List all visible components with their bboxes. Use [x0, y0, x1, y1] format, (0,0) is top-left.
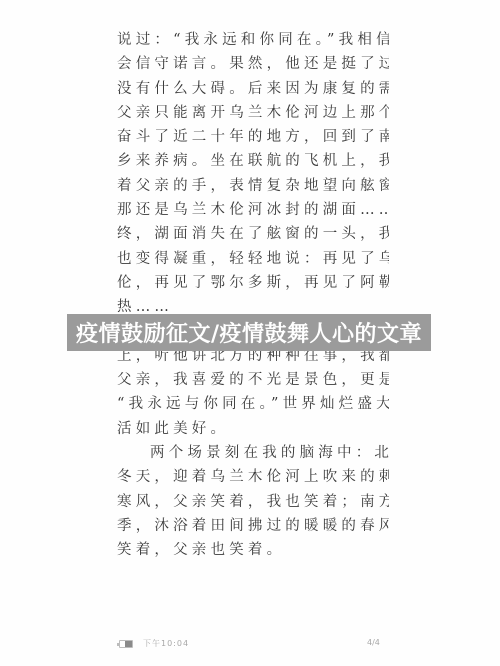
document-page: 说过：“我永远和你同在。”我相信父亲 会信守诺言。果然，他还是挺了过来， 没有什…	[0, 0, 500, 666]
paragraph-start-line: 两个场景刻在我的脑海中：北方的	[117, 441, 389, 465]
text-line: 冬天，迎着乌兰木伦河上吹来的刺骨的	[117, 465, 389, 489]
text-line: 那还是乌兰木伦河冰封的湖面……最	[117, 198, 389, 222]
text-line: 终，湖面消失在了舷窗的一头，我表情	[117, 222, 389, 246]
clock-time: 下午10:04	[143, 638, 189, 649]
text-line: 寒风，父亲笑着，我也笑着；南方的春	[117, 490, 389, 514]
text-line: 奋斗了近二十年的地方，回到了南方故	[117, 125, 389, 149]
text-line: 乡来养病。坐在联航的飞机上，我紧握	[117, 149, 389, 173]
text-line: 说过：“我永远和你同在。”我相信父亲	[117, 28, 389, 52]
text-line: 活如此美好。	[117, 417, 389, 441]
text-line: “我永远与你同在。”世界灿烂盛大，生	[117, 392, 389, 416]
text-line: 伦，再见了鄂尔多斯，再见了阿勒腾席	[117, 271, 389, 295]
text-line: 季，沐浴着田间拂过的暖暖的春风，我	[117, 514, 389, 538]
text-line: 也变得凝重，轻轻地说：再见了乌兰木	[117, 247, 389, 271]
text-line: 会信守诺言。果然，他还是挺了过来，	[117, 52, 389, 76]
page-indicator: 4/4	[367, 638, 380, 647]
text-line: 父亲只能离开乌兰木伦河边上那个他	[117, 101, 389, 125]
status-bar: 下午10:04 4/4	[0, 636, 500, 654]
article-body: 说过：“我永远和你同在。”我相信父亲 会信守诺言。果然，他还是挺了过来， 没有什…	[117, 28, 389, 563]
text-line: 没有什么大碍。后来因为康复的需要，	[117, 77, 389, 101]
banner-title: 疫情鼓励征文/疫情鼓舞人心的文章	[76, 317, 422, 348]
text-line: 着父亲的手，表情复杂地望向舷窗外，	[117, 174, 389, 198]
text-line: 父亲，我喜爱的不光是景色，更是你啊，	[117, 368, 389, 392]
battery-icon	[119, 640, 133, 648]
text-line: 笑着，父亲也笑着。	[117, 538, 389, 562]
battery-level	[125, 641, 132, 647]
title-banner: 疫情鼓励征文/疫情鼓舞人心的文章	[67, 314, 431, 351]
